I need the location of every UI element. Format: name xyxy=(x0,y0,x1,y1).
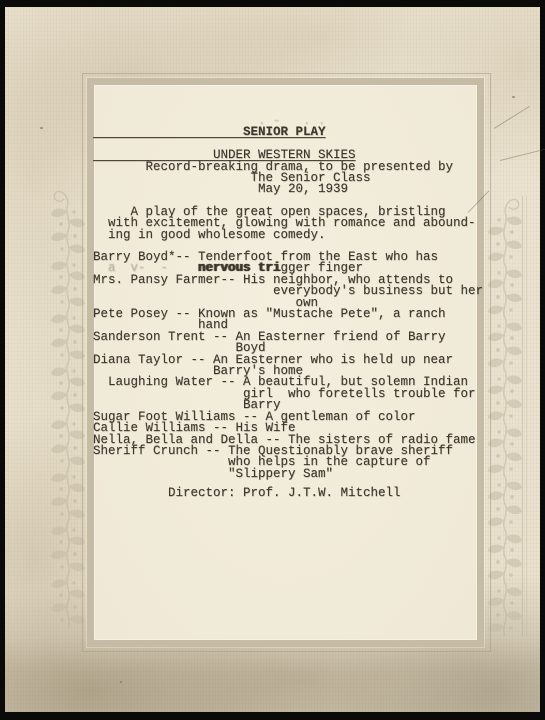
cast-list: Barry Boyd*-- Tenderfoot from the East w… xyxy=(93,252,483,480)
typed-line: SENIOR PLAY xyxy=(93,127,453,138)
typed-line: . - . . xyxy=(93,116,453,127)
right-edge-rule-2 xyxy=(526,196,527,636)
synopsis-paragraph: A play of the great open spaces, bristli… xyxy=(93,207,476,241)
typed-line: May 20, 1939 xyxy=(93,184,453,195)
typed-segment: a v- - xyxy=(93,261,198,275)
typed-line: ing in good wholesome comedy. xyxy=(93,230,476,241)
paper-speck xyxy=(40,127,43,129)
director-credit: Director: Prof. J.T.W. Mitchell xyxy=(93,488,401,499)
right-edge-rule xyxy=(522,196,523,636)
typed-line: "Slippery Sam" xyxy=(93,469,483,480)
paper-speck xyxy=(512,96,515,98)
right-vine-ornament xyxy=(487,192,523,637)
paper-speck xyxy=(120,681,122,683)
typed-line: Director: Prof. J.T.W. Mitchell xyxy=(93,488,401,499)
document-heading: . - . . SENIOR PLAY UNDER WESTERN SKIES … xyxy=(93,116,453,196)
scanned-program-page: . - . . SENIOR PLAY UNDER WESTERN SKIES … xyxy=(0,0,545,720)
left-vine-ornament xyxy=(50,184,86,636)
